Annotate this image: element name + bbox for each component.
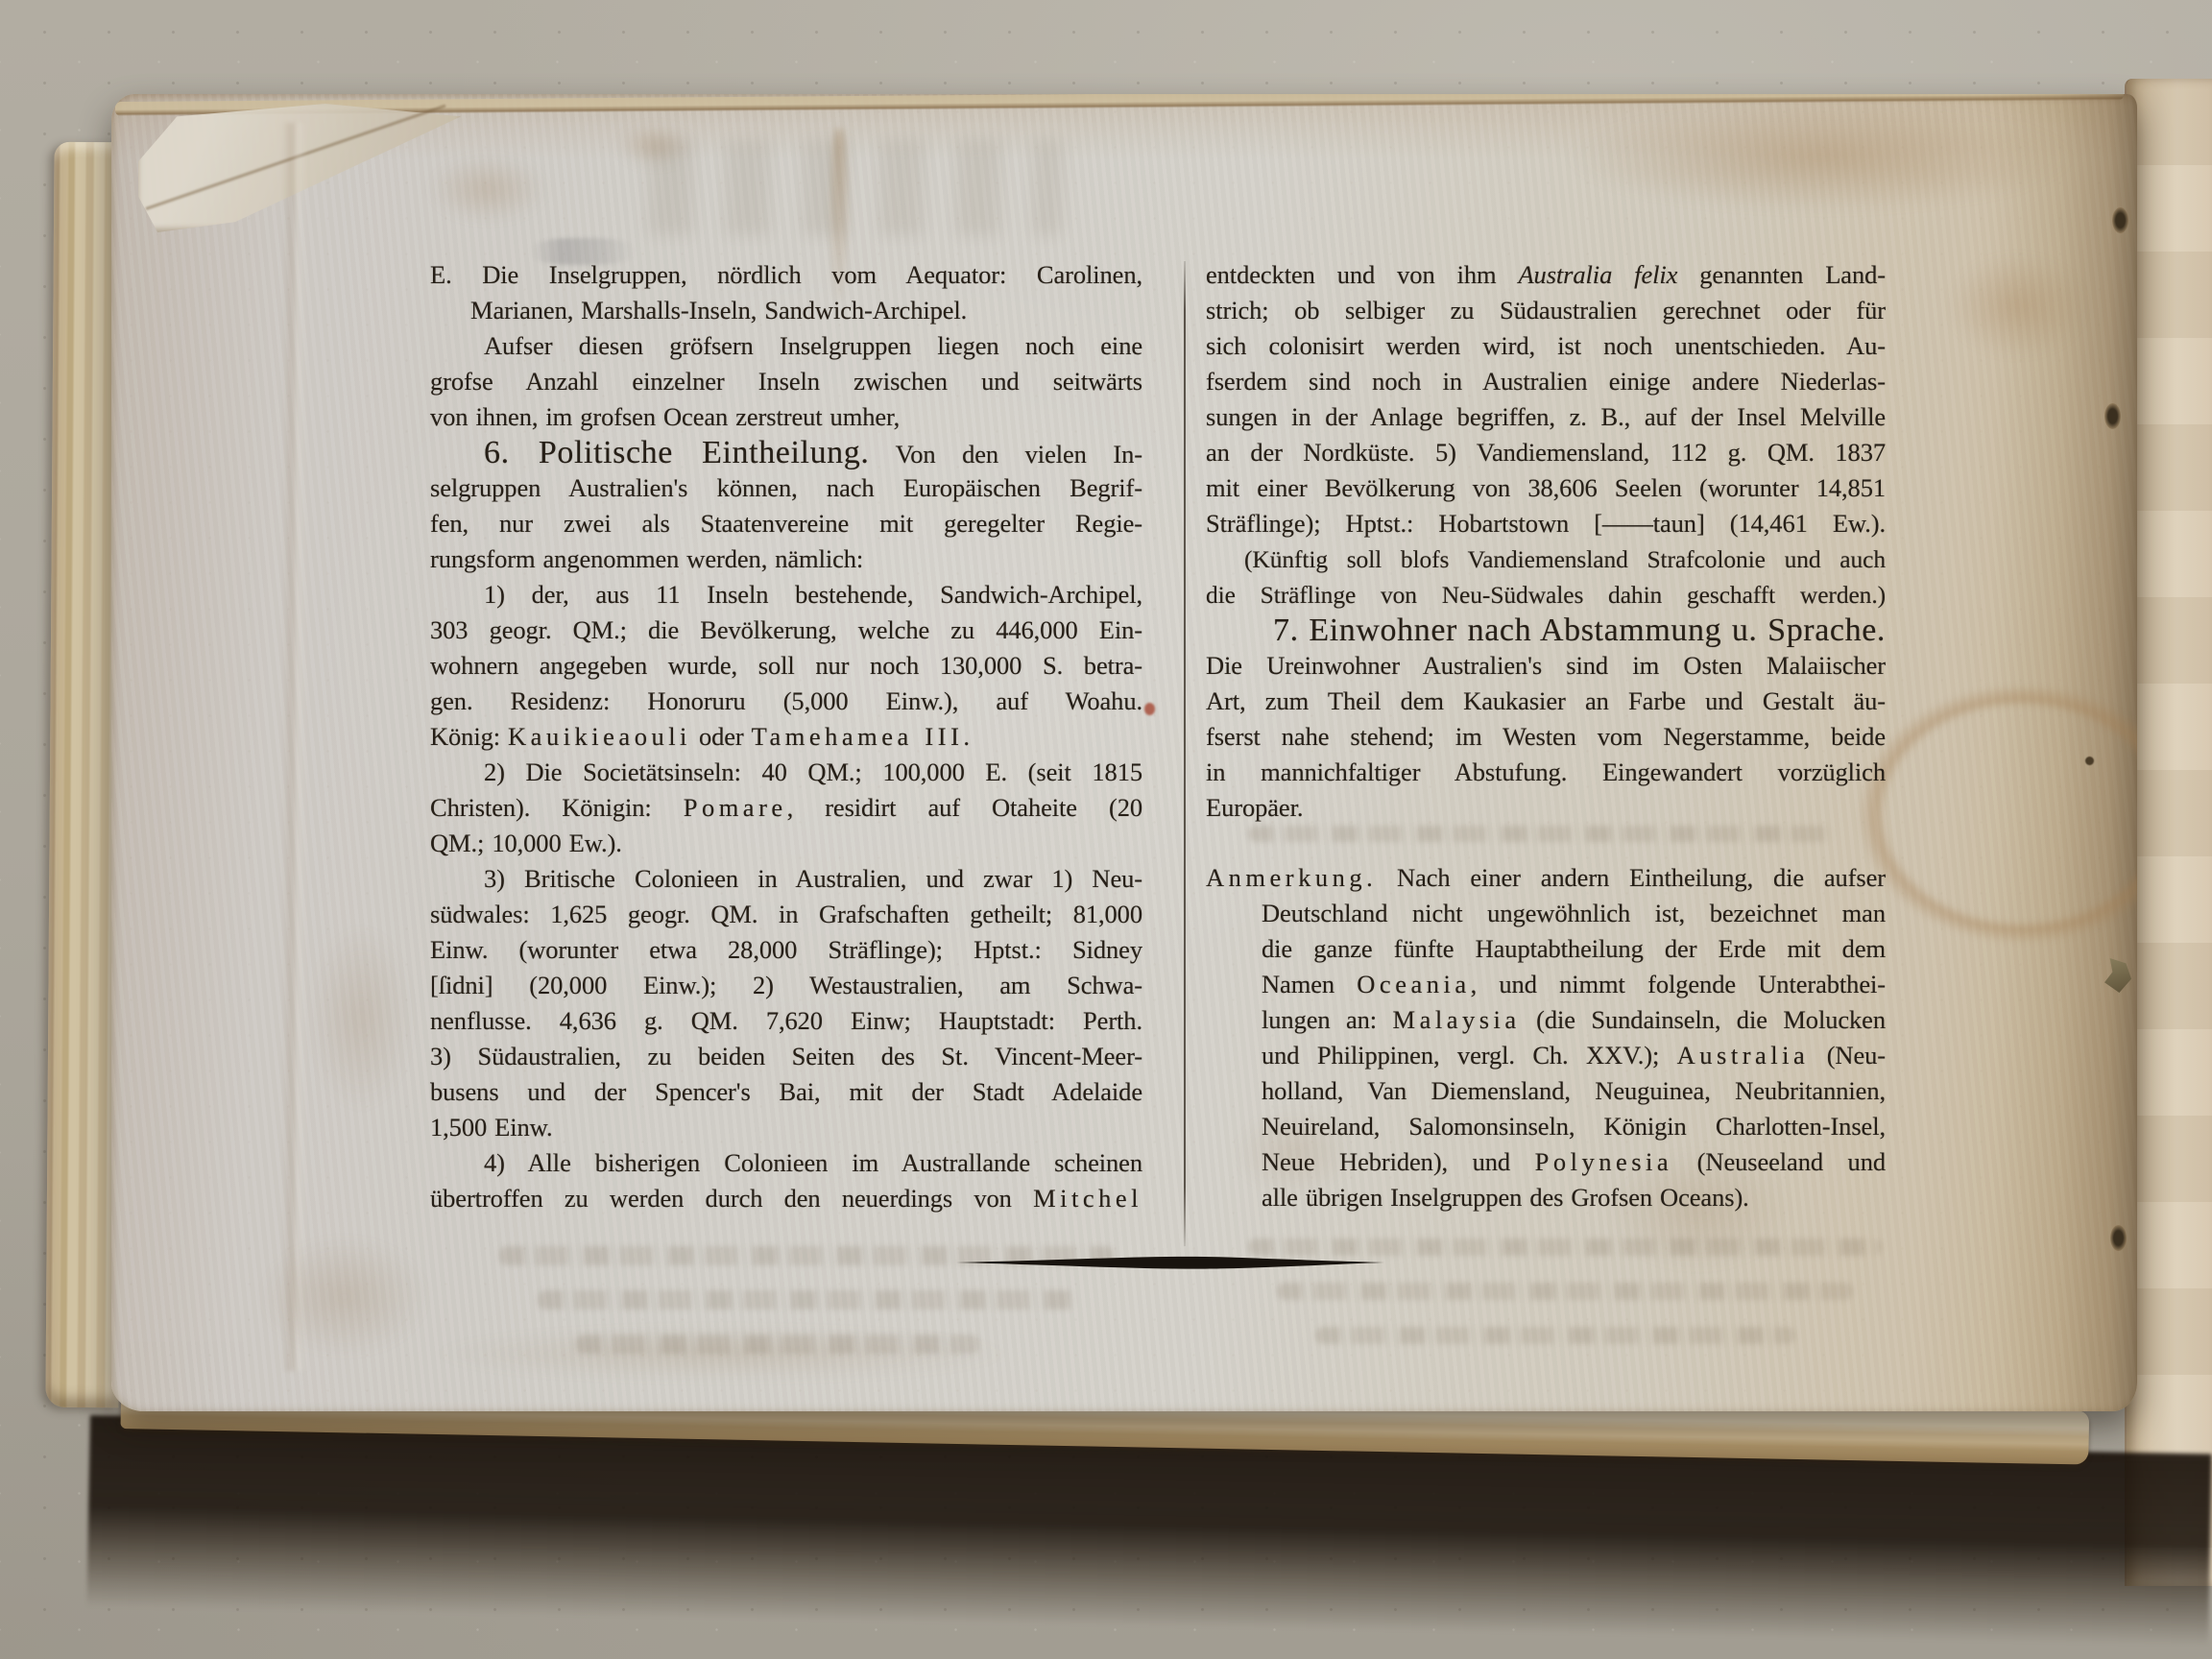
text-segment: Marianen, Marshalls-Inseln, Sandwich-Arc… [470, 296, 967, 325]
text-segment: fserdem sind noch in Australien einige a… [1206, 367, 1886, 396]
ink-speck [1144, 703, 1155, 715]
text-line: fen, nur zwei als Staatenvereine mit ger… [430, 506, 1142, 541]
text-segment: übertroffen zu werden durch den neuerdin… [430, 1184, 1033, 1213]
text-segment: Polynesia [1535, 1147, 1673, 1176]
text-segment: [ſidni] (20,000 Einw.); 2) Westaustralie… [430, 971, 1142, 999]
left-text-column: E. Die Inselgruppen, nördlich vom Aequat… [430, 257, 1142, 1216]
text-line: Aufser diesen gröfsern Inselgruppen lieg… [430, 328, 1142, 364]
text-line: Sträflinge); Hptst.: Hobartstown [——taun… [1206, 506, 1886, 541]
text-line: 3) Südaustralien, zu beiden Seiten des S… [430, 1039, 1142, 1074]
paragraph: (Künftig soll blofs Vandiemensland Straf… [1206, 541, 1886, 613]
text-segment: holland, Van Diemensland, Neuguinea, Neu… [1262, 1076, 1886, 1105]
stitch-hole [2110, 1225, 2127, 1251]
text-segment: busens und der Spencer's Bai, mit der St… [430, 1077, 1142, 1106]
text-segment: selgruppen Australien's können, nach Eur… [430, 473, 1142, 502]
paragraph: Aufser diesen gröfsern Inselgruppen lieg… [430, 328, 1142, 435]
text-line: gen. Residenz: Honoruru (5,000 Einw.), a… [430, 684, 1142, 719]
text-segment: Pomare [684, 793, 787, 822]
foxing-stain [380, 1323, 1062, 1384]
text-line: fserdem sind noch in Australien einige a… [1206, 364, 1886, 399]
text-line: nenflusse. 4,636 g. QM. 7,620 Einw; Haup… [430, 1003, 1142, 1039]
text-segment: Neue Hebriden), und [1262, 1147, 1535, 1176]
text-segment: QM.; 10,000 Ew.). [430, 829, 622, 857]
text-line: 1) der, aus 11 Inseln bestehende, Sandwi… [430, 577, 1142, 613]
text-segment: Anmerkung. [1206, 863, 1377, 892]
text-line: rungsform angenommen werden, nämlich: [430, 541, 1142, 577]
paragraph: Anmerkung. Nach einer andern Eintheilung… [1206, 860, 1886, 1215]
text-line: die ganze fünfte Hauptabtheilung der Erd… [1206, 931, 1886, 967]
text-segment: Aufser diesen gröfsern Inselgruppen lieg… [484, 331, 1142, 360]
text-line: fserst nahe stehend; im Westen vom Neger… [1206, 719, 1886, 755]
text-segment: Neuireland, Salomonsinseln, Königin Char… [1262, 1112, 1886, 1141]
text-segment: König: [430, 722, 508, 751]
text-line: König: Kauikieaouli oder Tamehamea III. [430, 719, 1142, 755]
text-segment: Art, zum Theil dem Kaukasier an Farbe un… [1206, 686, 1886, 715]
text-segment: mit einer Bevölkerung von 38,606 Seelen … [1206, 473, 1886, 502]
text-segment: Deutschland nicht ungewöhnlich ist, beze… [1262, 899, 1886, 927]
text-segment: 1,500 Einw. [430, 1113, 553, 1142]
text-segment: Kauikieaouli [508, 722, 691, 751]
foxing-stain [419, 150, 558, 228]
text-line: (Künftig soll blofs Vandiemensland Straf… [1206, 541, 1886, 577]
text-segment: Namen [1262, 970, 1357, 998]
paragraph: Die Ureinwohner Australien's sind im Ost… [1206, 648, 1886, 826]
text-segment: von ihnen, im grofsen Ocean zerstreut um… [430, 402, 900, 431]
text-line: 2) Die Societätsinseln: 40 QM.; 100,000 … [430, 755, 1142, 790]
text-line: grofse Anzahl einzelner Inseln zwischen … [430, 364, 1142, 399]
text-line: lungen an: Malaysia (die Sundainseln, di… [1206, 1002, 1886, 1038]
heading-text: 7. Einwohner nach Abstammung u. Sprache. [1273, 613, 1886, 648]
text-line: QM.; 10,000 Ew.). [430, 826, 1142, 861]
text-segment: genannten Land- [1677, 260, 1886, 289]
text-segment: Australia [1677, 1041, 1810, 1070]
text-line: Neue Hebriden), und Polynesia (Neuseelan… [1206, 1144, 1886, 1180]
paragraph: 2) Die Societätsinseln: 40 QM.; 100,000 … [430, 755, 1142, 861]
text-segment: an der Nordküste. 5) Vandiemensland, 112… [1206, 438, 1886, 467]
text-segment: Malaysia [1393, 1005, 1521, 1034]
text-segment: und Philippinen, vergl. Ch. XXV.); [1262, 1041, 1677, 1070]
text-segment: , und nimmt folgende Unterabthei- [1471, 970, 1886, 998]
text-line: Marianen, Marshalls-Inseln, Sandwich-Arc… [430, 293, 1142, 328]
text-segment: alle übrigen Inselgruppen des Grofsen Oc… [1262, 1183, 1749, 1212]
text-segment: nenflusse. 4,636 g. QM. 7,620 Einw; Haup… [430, 1006, 1142, 1035]
text-segment: Tamehamea III. [752, 722, 974, 751]
text-line: in mannichfaltiger Abstufung. Eingewande… [1206, 755, 1886, 790]
paragraph: 7. Einwohner nach Abstammung u. Sprache. [1206, 613, 1886, 648]
text-line: holland, Van Diemensland, Neuguinea, Neu… [1206, 1073, 1886, 1109]
text-line: Die Ureinwohner Australien's sind im Ost… [1206, 648, 1886, 684]
text-line: alle übrigen Inselgruppen des Grofsen Oc… [1206, 1180, 1886, 1215]
text-line: entdeckten und von ihm Australia felix g… [1206, 257, 1886, 293]
foxing-stain [301, 910, 421, 1126]
text-line: 1,500 Einw. [430, 1110, 1142, 1145]
text-segment: (Neu- [1809, 1041, 1886, 1070]
book-page: E. Die Inselgruppen, nördlich vom Aequat… [111, 94, 2137, 1411]
paragraph: 3) Britische Colonieen in Australien, un… [430, 861, 1142, 1145]
text-line: busens und der Spencer's Bai, mit der St… [430, 1074, 1142, 1110]
margin-crease [282, 123, 307, 1371]
text-segment: 3) Britische Colonieen in Australien, un… [484, 864, 1142, 893]
text-line: sich colonisirt werden wird, ist noch un… [1206, 328, 1886, 364]
text-segment: 1) der, aus 11 Inseln bestehende, Sandwi… [484, 580, 1142, 609]
text-segment: in mannichfaltiger Abstufung. Eingewande… [1206, 757, 1886, 786]
text-line: mit einer Bevölkerung von 38,606 Seelen … [1206, 470, 1886, 506]
bleedthrough-mark [1277, 1283, 1853, 1300]
text-line: Art, zum Theil dem Kaukasier an Farbe un… [1206, 684, 1886, 719]
text-line: Europäer. [1206, 790, 1886, 826]
paragraph: entdeckten und von ihm Australia felix g… [1206, 257, 1886, 541]
text-line: 4) Alle bisherigen Colonieen im Australl… [430, 1145, 1142, 1181]
text-segment: wohnern angegeben wurde, soll nur noch 1… [430, 651, 1142, 680]
bleedthrough-mark [1315, 1327, 1795, 1344]
text-segment: Christen). Königin: [430, 793, 684, 822]
text-segment: 4) Alle bisherigen Colonieen im Australl… [484, 1148, 1142, 1177]
text-line: 6. Politische Eintheilung. Von den viele… [430, 435, 1142, 470]
text-segment: 2) Die Societätsinseln: 40 QM.; 100,000 … [484, 757, 1142, 786]
bleedthrough-mark [576, 1334, 979, 1354]
text-line: 7. Einwohner nach Abstammung u. Sprache. [1206, 613, 1886, 648]
text-line: selgruppen Australien's können, nach Eur… [430, 470, 1142, 506]
text-segment: Australia felix [1518, 260, 1677, 289]
text-line: wohnern angegeben wurde, soll nur noch 1… [430, 648, 1142, 684]
text-segment: Die Ureinwohner Australien's sind im Ost… [1206, 651, 1886, 680]
text-segment: südwales: 1,625 geogr. QM. in Grafschaft… [430, 900, 1142, 928]
text-line: 303 geogr. QM.; die Bevölkerung, welche … [430, 613, 1142, 648]
text-segment: 3) Südaustralien, zu beiden Seiten des S… [430, 1042, 1142, 1070]
stitch-hole [2112, 207, 2128, 233]
column-divider-rule [1184, 261, 1186, 1246]
text-segment: Europäer. [1206, 793, 1303, 822]
text-segment: , residirt auf Otaheite (20 [787, 793, 1142, 822]
text-segment: fserst nahe stehend; im Westen vom Neger… [1206, 722, 1886, 751]
text-segment: entdeckten und von ihm [1206, 260, 1518, 289]
text-line: Anmerkung. Nach einer andern Eintheilung… [1206, 860, 1886, 896]
text-line: 3) Britische Colonieen in Australien, un… [430, 861, 1142, 897]
right-text-column: entdeckten und von ihm Australia felix g… [1206, 257, 1886, 1215]
text-segment: die Sträflinge von Neu-Südwales dahin ge… [1206, 581, 1886, 609]
section-end-rule [954, 1254, 1386, 1271]
text-segment: Oceania [1357, 970, 1470, 998]
text-segment: oder [691, 722, 752, 751]
text-segment: fen, nur zwei als Staatenvereine mit ger… [430, 509, 1142, 538]
text-line: strich; ob selbiger zu Südaustralien ger… [1206, 293, 1886, 328]
text-segment: Sträflinge); Hptst.: Hobartstown [——taun… [1206, 509, 1886, 538]
text-segment: 303 geogr. QM.; die Bevölkerung, welche … [430, 615, 1142, 644]
stitch-hole [2104, 403, 2121, 429]
text-segment: Von den vielen In- [869, 440, 1142, 469]
text-segment: (die Sundainseln, die Molucken [1521, 1005, 1886, 1034]
text-segment: E. Die Inselgruppen, nördlich vom Aequat… [430, 260, 1142, 289]
heading-text: 6. Politische Eintheilung. [484, 435, 869, 470]
bleedthrough-mark [649, 140, 1062, 236]
text-line: von ihnen, im grofsen Ocean zerstreut um… [430, 399, 1142, 435]
foxing-stain [611, 121, 699, 171]
text-line: und Philippinen, vergl. Ch. XXV.); Austr… [1206, 1038, 1886, 1073]
text-line: [ſidni] (20,000 Einw.); 2) Westaustralie… [430, 968, 1142, 1003]
paragraph: 1) der, aus 11 Inseln bestehende, Sandwi… [430, 577, 1142, 755]
foxing-stain [246, 1227, 443, 1366]
bleedthrough-mark [538, 1290, 1075, 1310]
text-line: sungen in der Anlage begriffen, z. B., a… [1206, 399, 1886, 435]
text-line: übertroffen zu werden durch den neuerdin… [430, 1181, 1142, 1216]
text-segment: (Neuseeland und [1672, 1147, 1886, 1176]
paragraph: E. Die Inselgruppen, nördlich vom Aequat… [430, 257, 1142, 328]
photo-scene: E. Die Inselgruppen, nördlich vom Aequat… [0, 0, 2212, 1659]
facing-page-edge [2125, 79, 2212, 1586]
text-segment: rungsform angenommen werden, nämlich: [430, 544, 863, 573]
text-segment: Nach einer andern Eintheilung, die aufse… [1377, 863, 1886, 892]
text-line: an der Nordküste. 5) Vandiemensland, 112… [1206, 435, 1886, 470]
text-line: Namen Oceania, und nimmt folgende Untera… [1206, 967, 1886, 1002]
paragraph: 4) Alle bisherigen Colonieen im Australl… [430, 1145, 1142, 1216]
text-segment: (Künftig soll blofs Vandiemensland Straf… [1244, 545, 1886, 573]
text-line: Neuireland, Salomonsinseln, Königin Char… [1206, 1109, 1886, 1144]
text-line: südwales: 1,625 geogr. QM. in Grafschaft… [430, 897, 1142, 932]
text-line: Deutschland nicht ungewöhnlich ist, beze… [1206, 896, 1886, 931]
text-segment: sungen in der Anlage begriffen, z. B., a… [1206, 402, 1886, 431]
text-segment: strich; ob selbiger zu Südaustralien ger… [1206, 296, 1886, 325]
text-line: Christen). Königin: Pomare, residirt auf… [430, 790, 1142, 826]
text-segment: grofse Anzahl einzelner Inseln zwischen … [430, 367, 1142, 396]
text-line: die Sträflinge von Neu-Südwales dahin ge… [1206, 577, 1886, 613]
text-segment: die ganze fünfte Hauptabtheilung der Erd… [1262, 934, 1886, 963]
gutter-shading [1993, 94, 2137, 1411]
text-segment: sich colonisirt werden wird, ist noch un… [1206, 331, 1886, 360]
text-line: E. Die Inselgruppen, nördlich vom Aequat… [430, 257, 1142, 293]
text-segment: gen. Residenz: Honoruru (5,000 Einw.), a… [430, 686, 1142, 715]
text-line: Einw. (worunter etwa 28,000 Sträflinge);… [430, 932, 1142, 968]
text-segment: lungen an: [1262, 1005, 1393, 1034]
text-segment: Einw. (worunter etwa 28,000 Sträflinge);… [430, 935, 1142, 964]
text-segment: Mitchel [1033, 1184, 1142, 1213]
paragraph: 6. Politische Eintheilung. Von den viele… [430, 435, 1142, 577]
